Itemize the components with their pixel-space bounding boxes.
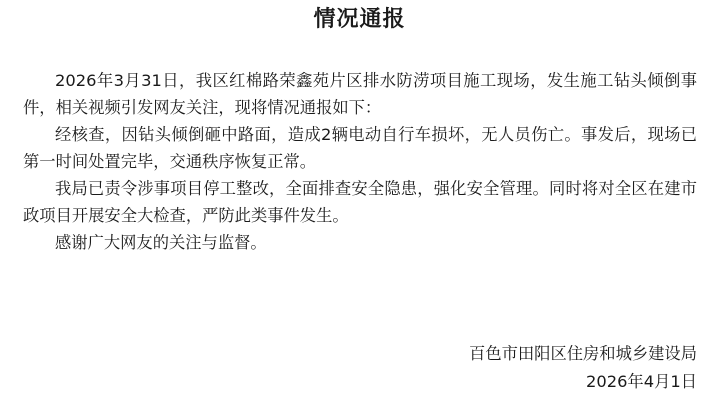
notice-body: 2026年3月31日，我区红棉路荣鑫苑片区排水防涝项目施工现场，发生施工钻头倾倒… xyxy=(23,67,697,256)
signature-date: 2026年4月1日 xyxy=(586,368,697,395)
paragraph-thanks: 感谢广大网友的关注与监督。 xyxy=(23,229,697,256)
page-title: 情况通报 xyxy=(0,4,719,36)
paragraph-findings: 经核查，因钻头倾倒砸中路面，造成2辆电动自行车损坏，无人员伤亡。事发后，现场已第… xyxy=(23,121,697,175)
signature-organization: 百色市田阳区住房和城乡建设局 xyxy=(469,340,697,367)
paragraph-actions: 我局已责令涉事项目停工整改，全面排查安全隐患，强化安全管理。同时将对全区在建市政… xyxy=(23,175,697,229)
paragraph-incident: 2026年3月31日，我区红棉路荣鑫苑片区排水防涝项目施工现场，发生施工钻头倾倒… xyxy=(23,67,697,121)
